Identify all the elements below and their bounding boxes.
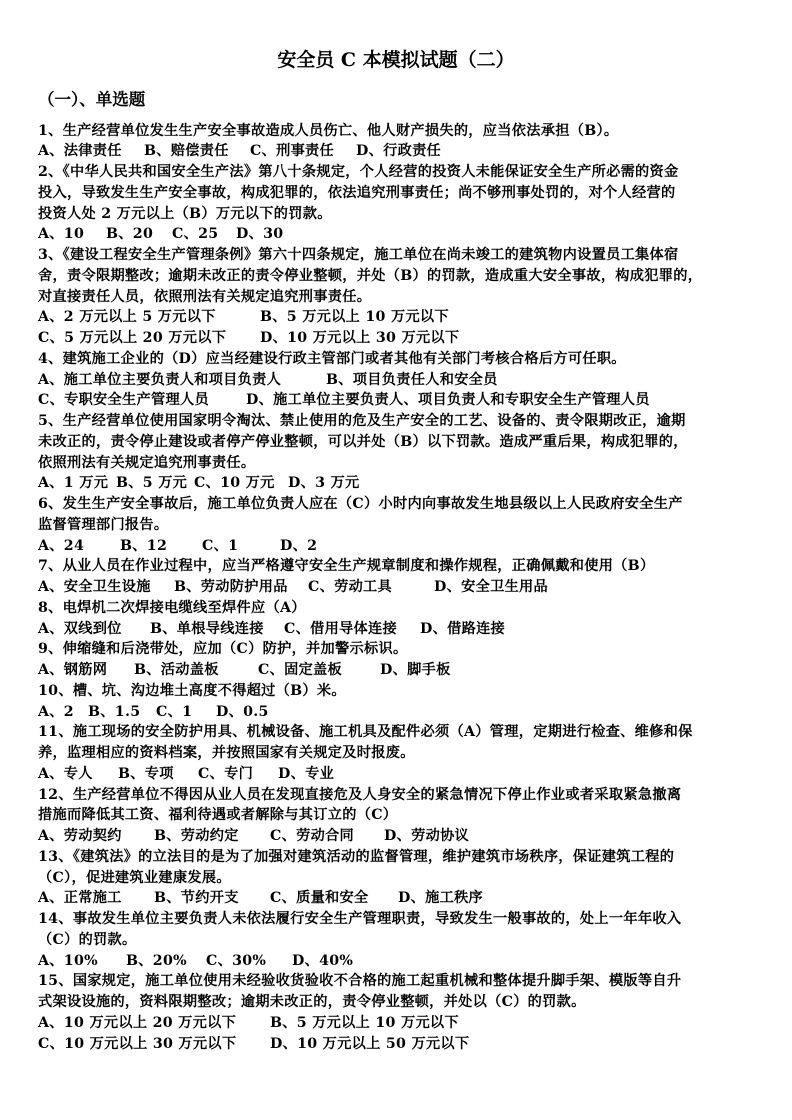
answer-option: B、劳动防护用品 [174,577,288,598]
answer-option: B、5 万元以上 10 万元以下 [260,307,449,328]
answer-option: C、劳动合同 [270,826,354,847]
option-row: A、正常施工B、节约开支C、质量和安全D、施工秩序 [38,888,742,909]
answer-option: D、劳动协议 [384,826,469,847]
answer-option: D、0.5 [216,702,269,723]
question-text-line: 2、《中华人民共和国安全生产法》第八十条规定，个人经营的投资人未能保证安全生产所… [38,162,742,183]
question-text-line: 养，监理相应的资料档案，并按照国家有关规定及时报废。 [38,743,742,764]
answer-option: B、专项 [118,764,174,785]
option-row: A、10B、20C、25D、30 [38,224,742,245]
option-row: C、5 万元以上 20 万元以下D、10 万元以上 30 万元以下 [38,328,742,349]
answer-option: A、正常施工 [38,888,122,909]
answer-option: B、5 万元以上 10 万元以下 [270,1013,459,1034]
answer-option: B、20 [106,224,153,245]
answer-option: A、10 [38,224,84,245]
answer-option: C、5 万元以上 20 万元以下 [38,328,226,349]
question-text-line: 投入，导致发生生产安全事故，构成犯罪的，依法追究刑事责任；尚不够刑事处罚的，对个… [38,183,742,204]
answer-option: C、劳动工具 [308,577,392,598]
question-text-line: 13、《建筑法》的立法目的是为了加强对建筑活动的监督管理，维护建筑市场秩序，保证… [38,847,742,868]
option-row: A、施工单位主要负责人和项目负责人B、项目负责任人和安全员 [38,370,742,391]
answer-option: A、双线到位 [38,619,122,640]
option-row: A、钢筋网B、活动盖板C、固定盖板D、脚手板 [38,660,742,681]
answer-option: A、专人 [38,764,93,785]
option-row: A、专人B、专项C、专门D、专业 [38,764,742,785]
answer-option: B、1.5 [88,702,140,723]
answer-option: B、单根导线连接 [150,619,264,640]
answer-option: D、2 [280,536,317,557]
answer-option: B、12 [120,536,167,557]
answer-option: B、劳动约定 [154,826,239,847]
question-text-line: 14、事故发生单位主要负责人未依法履行安全生产管理职责，导致发生一般事故的，处上… [38,909,742,930]
option-row: A、2B、1.5C、1D、0.5 [38,702,742,723]
answer-option: C、10 万元 [194,473,275,494]
answer-option: A、施工单位主要负责人和项目负责人 [38,370,281,391]
question-text-line: 监督管理部门报告。 [38,515,742,536]
answer-option: A、法律责任 [38,141,122,162]
question-text-line: （C），促进建筑业建康发展。 [38,868,742,889]
answer-option: C、刑事责任 [250,141,334,162]
answer-option: C、专门 [198,764,253,785]
question-text-line: 9、伸缩缝和后浇带处，应加（C）防护，并加警示标识。 [38,639,742,660]
option-row: A、双线到位B、单根导线连接C、借用导体连接D、借路连接 [38,619,742,640]
answer-option: C、30% [206,951,266,972]
answer-option: D、行政责任 [356,141,441,162]
question-text-line: 4、建筑施工企业的（D）应当经建设行政主管部门或者其他有关部门考核合格后方可任职… [38,349,742,370]
answer-option: D、施工秩序 [398,888,483,909]
question-text-line: 11、施工现场的安全防护用具、机械设备、施工机具及配件必须（A）管理，定期进行检… [38,722,742,743]
question-text-line: 10、槽、坑、沟边堆土高度不得超过（B）米。 [38,681,742,702]
question-text-line: 1、生产经营单位发生生产安全事故造成人员伤亡、他人财产损失的，应当依法承担（B）… [38,121,742,142]
answer-option: D、专业 [278,764,334,785]
answer-option: D、10 万元以上 50 万元以下 [270,1034,469,1055]
answer-option: B、活动盖板 [134,660,219,681]
answer-option: D、40% [292,951,353,972]
answer-option: D、10 万元以上 30 万元以下 [260,328,459,349]
answer-option: B、节约开支 [154,888,239,909]
answer-option: A、2 [38,702,74,723]
question-text-line: 投资人处 2 万元以上（B）万元以下的罚款。 [38,204,742,225]
answer-option: B、赔偿责任 [144,141,229,162]
answer-option: A、10 万元以上 20 万元以下 [38,1013,236,1034]
answer-option: C、25 [172,224,218,245]
answer-option: A、1 万元 [38,473,108,494]
page-title: 安全员 C 本模拟试题（二） [0,47,792,73]
answer-option: A、钢筋网 [38,660,107,681]
question-text-line: 措施而降低其工资、福利待遇或者解除与其订立的（C） [38,805,742,826]
question-text-line: 5、生产经营单位使用国家明令淘汰、禁止使用的危及生产安全的工艺、设备的、责令限期… [38,411,742,432]
question-list: 1、生产经营单位发生生产安全事故造成人员伤亡、他人财产损失的，应当依法承担（B）… [38,121,742,1055]
question-text-line: 依照刑法有关规定追究刑事责任。 [38,453,742,474]
option-row: A、法律责任B、赔偿责任C、刑事责任D、行政责任 [38,141,742,162]
question-text-line: 式架设设施的，资料限期整改；逾期未改正的，责令停业整顿，并处以（C）的罚款。 [38,992,742,1013]
question-text-line: 12、生产经营单位不得因从业人员在发现直接危及人身安全的紧急情况下停止作业或者采… [38,785,742,806]
answer-option: D、借路连接 [420,619,505,640]
option-row: A、1 万元B、5 万元C、10 万元D、3 万元 [38,473,742,494]
answer-option: D、安全卫生用品 [434,577,548,598]
question-text-line: 舍，责令限期整改；逾期未改正的责令停业整顿，并处（B）的罚款，造成重大安全事故，… [38,266,742,287]
question-text-line: 15、国家规定，施工单位使用未经验收货验收不合格的施工起重机械和整体提升脚手架、… [38,971,742,992]
answer-option: D、施工单位主要负责人、项目负责人和专职安全生产管理人员 [246,390,650,411]
answer-option: A、10% [38,951,98,972]
question-text-line: 对直接责任人员，依照刑法有关规定追究刑事责任。 [38,287,742,308]
answer-option: A、2 万元以上 5 万元以下 [38,307,216,328]
option-row: A、10 万元以上 20 万元以下B、5 万元以上 10 万元以下 [38,1013,742,1034]
answer-option: A、安全卫生设施 [38,577,151,598]
option-row: A、劳动契约B、劳动约定C、劳动合同D、劳动协议 [38,826,742,847]
option-row: A、10%B、20%C、30%D、40% [38,951,742,972]
answer-option: C、借用导体连接 [284,619,397,640]
answer-option: A、24 [38,536,84,557]
answer-option: B、5 万元 [116,473,187,494]
question-text-line: （C）的罚款。 [38,930,742,951]
answer-option: B、20% [126,951,187,972]
answer-option: D、30 [236,224,283,245]
question-text-line: 8、电焊机二次焊接电缆线至焊件应（A） [38,598,742,619]
answer-option: C、10 万元以上 30 万元以下 [38,1034,236,1055]
question-text-line: 未改正的，责令停止建设或者停产停业整顿，可以并处（B）以下罚款。造成严重后果，构… [38,432,742,453]
answer-option: D、3 万元 [288,473,359,494]
answer-option: C、质量和安全 [270,888,369,909]
section-heading: （一）、单选题 [38,88,145,112]
option-row: A、24B、12C、1D、2 [38,536,742,557]
option-row: C、专职安全生产管理人员D、施工单位主要负责人、项目负责人和专职安全生产管理人员 [38,390,742,411]
answer-option: C、1 [156,702,192,723]
option-row: A、2 万元以上 5 万元以下B、5 万元以上 10 万元以下 [38,307,742,328]
answer-option: C、固定盖板 [258,660,342,681]
option-row: C、10 万元以上 30 万元以下D、10 万元以上 50 万元以下 [38,1034,742,1055]
answer-option: C、1 [202,536,238,557]
answer-option: D、脚手板 [380,660,451,681]
answer-option: B、项目负责任人和安全员 [326,370,498,391]
option-row: A、安全卫生设施B、劳动防护用品C、劳动工具D、安全卫生用品 [38,577,742,598]
answer-option: C、专职安全生产管理人员 [38,390,209,411]
answer-option: A、劳动契约 [38,826,122,847]
question-text-line: 3、《建设工程安全生产管理条例》第六十四条规定，施工单位在尚未竣工的建筑物内设置… [38,245,742,266]
question-text-line: 6、发生生产安全事故后，施工单位负责人应在（C）小时内向事故发生地县级以上人民政… [38,494,742,515]
question-text-line: 7、从业人员在作业过程中，应当严格遵守安全生产规章制度和操作规程，正确佩戴和使用… [38,556,742,577]
